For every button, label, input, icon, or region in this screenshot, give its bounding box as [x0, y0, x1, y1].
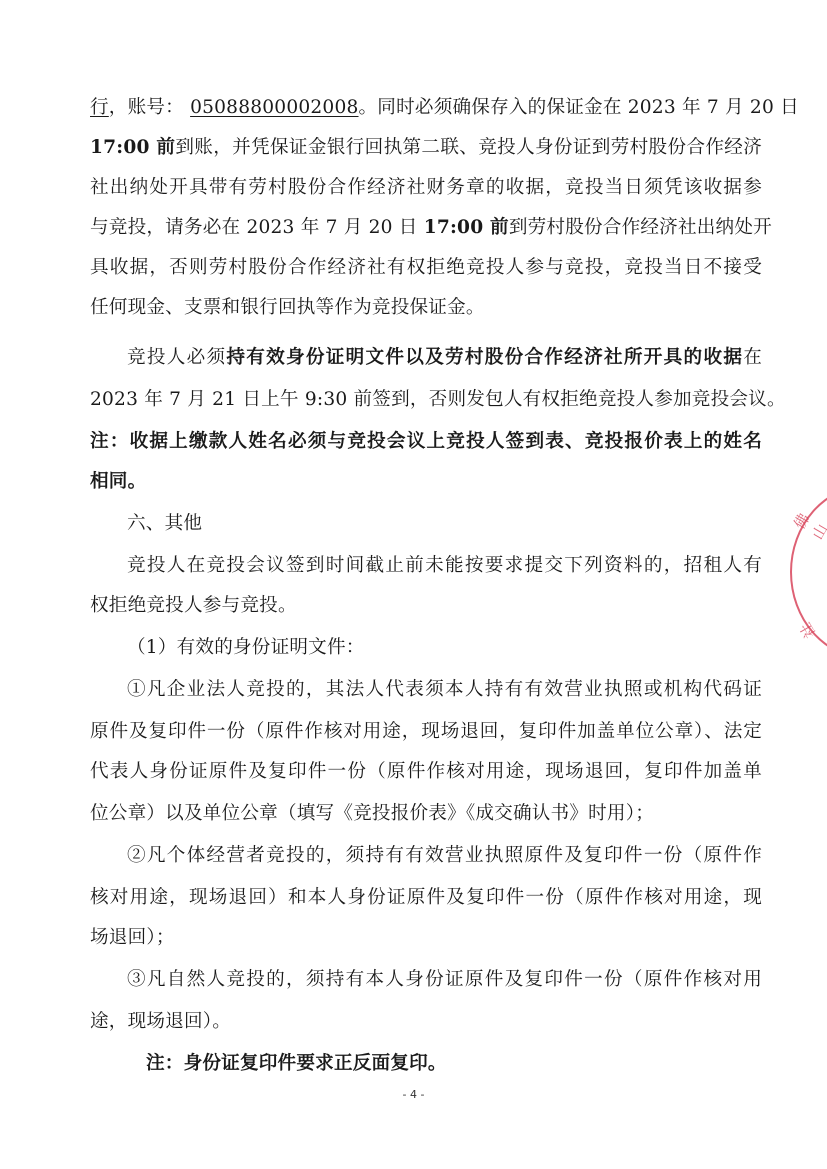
- text-segment: ①凡企业法人竞投的，其法人代表须本人持有有效营业执照或机构代码证: [127, 679, 762, 700]
- text-segment: 社出纳处开具带有劳村股份合作经济社财务章的收据，竞投当日须凭该收据参: [90, 177, 762, 198]
- list-item-start: ①凡企业法人竞投的，其法人代表须本人持有有效营业执照或机构代码证: [90, 670, 762, 710]
- note-text: 相同。: [90, 471, 146, 492]
- underlined-text: 行: [90, 97, 109, 118]
- note-line: 注：收据上缴款人姓名必须与竞投会议上竞投人签到表、竞投报价表上的姓名: [90, 422, 762, 462]
- text-segment: 与竞投，请务必在 2023 年 7 月 20 日: [90, 217, 424, 238]
- text-line: 核对用途，现场退回）和本人身份证原件及复印件一份（原件作核对用途，现: [90, 878, 762, 918]
- section-title: 六、其他: [127, 513, 202, 534]
- text-segment: 具收据，否则劳村股份合作经济社有权拒绝竞投人参与竞投，竞投当日不接受: [90, 257, 762, 278]
- text-line: 行，账号： 05088800002008。同时必须确保存入的保证金在 2023 …: [90, 88, 762, 128]
- list-title: （1）有效的身份证明文件：: [127, 637, 365, 658]
- text-segment: 权拒绝竞投人参与竞投。: [90, 595, 297, 616]
- text-segment: 竞投人必须: [127, 347, 226, 368]
- text-segment: 原件及复印件一份（原件作核对用途，现场退回，复印件加盖单位公章）、法定: [90, 721, 762, 742]
- text-line: 位公章）以及单位公章（填写《竞投报价表》《成交确认书》时用）；: [90, 794, 654, 834]
- paragraph-start: 竞投人在竞投会议签到时间截止前未能按要求提交下列资料的，招租人有: [90, 546, 762, 586]
- note-text: 注：收据上缴款人姓名必须与竞投会议上竞投人签到表、竞投报价表上的姓名: [90, 431, 762, 452]
- text-segment: 。同时必须确保存入的保证金在 2023 年 7 月 20 日: [359, 97, 799, 118]
- text-segment: ②凡个体经营者竞投的，须持有有效营业执照原件及复印件一份（原件作: [127, 845, 762, 866]
- account-number: 05088800002008: [190, 97, 358, 118]
- text-segment: 核对用途，现场退回）和本人身份证原件及复印件一份（原件作核对用途，现: [90, 887, 762, 908]
- note-text: 注：身份证复印件要求正反面复印。: [146, 1053, 447, 1074]
- text-line: 2023 年 7 月 21 日上午 9:30 前签到，否则发包人有权拒绝竞投人参…: [90, 380, 762, 420]
- text-line: 权拒绝竞投人参与竞投。: [90, 586, 297, 626]
- text-line: 场退回）；: [90, 918, 175, 958]
- section-heading: 六、其他: [90, 504, 202, 544]
- text-segment: 竞投人在竞投会议签到时间截止前未能按要求提交下列资料的，招租人有: [127, 555, 762, 576]
- text-line: 具收据，否则劳村股份合作经济社有权拒绝竞投人参与竞投，竞投当日不接受: [90, 248, 762, 288]
- text-segment: 场退回）；: [90, 927, 175, 948]
- list-item-start: ③凡自然人竞投的，须持有本人身份证原件及复印件一份（原件作核对用: [90, 960, 762, 1000]
- text-line: 任何现金、支票和银行回执等作为竞投保证金。: [90, 288, 485, 328]
- paragraph-start: 竞投人必须持有效身份证明文件以及劳村股份合作经济社所开具的收据在: [90, 338, 762, 378]
- text-line: 原件及复印件一份（原件作核对用途，现场退回，复印件加盖单位公章）、法定: [90, 712, 762, 752]
- text-segment: 位公章）以及单位公章（填写《竞投报价表》《成交确认书》时用）；: [90, 803, 654, 824]
- text-segment: 途，现场退回）。: [90, 1011, 231, 1032]
- text-segment: 2023 年 7 月 21 日上午 9:30 前签到，否则发包人有权拒绝竞投人参…: [90, 389, 786, 410]
- text-segment: 在: [743, 347, 762, 368]
- text-line: 社出纳处开具带有劳村股份合作经济社财务章的收据，竞投当日须凭该收据参: [90, 168, 762, 208]
- bold-deadline: 17:00 前: [424, 217, 509, 238]
- bold-deadline: 17:00 前: [90, 137, 175, 158]
- final-note: 注：身份证复印件要求正反面复印。: [90, 1044, 447, 1084]
- note-line: 相同。: [90, 462, 146, 502]
- text-line: 途，现场退回）。: [90, 1002, 231, 1042]
- text-segment: 任何现金、支票和银行回执等作为竞投保证金。: [90, 297, 485, 318]
- page-number: - 4 -: [0, 1088, 827, 1101]
- text-segment: ③凡自然人竞投的，须持有本人身份证原件及复印件一份（原件作核对用: [127, 969, 762, 990]
- text-line: 17:00 前到账，并凭保证金银行回执第二联、竞投人身份证到劳村股份合作经济: [90, 128, 762, 168]
- text-line: 代表人身份证原件及复印件一份（原件作核对用途，现场退回，复印件加盖单: [90, 752, 762, 792]
- text-segment: 到账，并凭保证金银行回执第二联、竞投人身份证到劳村股份合作经济: [175, 137, 762, 158]
- text-line: 与竞投，请务必在 2023 年 7 月 20 日 17:00 前到劳村股份合作经…: [90, 208, 762, 248]
- text-segment: 到劳村股份合作经济社出纳处开: [509, 217, 772, 238]
- list-heading: （1）有效的身份证明文件：: [90, 628, 365, 668]
- text-segment: ，账号：: [109, 97, 190, 118]
- bold-requirement: 持有效身份证明文件以及劳村股份合作经济社所开具的收据: [226, 347, 743, 368]
- list-item-start: ②凡个体经营者竞投的，须持有有效营业执照原件及复印件一份（原件作: [90, 836, 762, 876]
- text-segment: 代表人身份证原件及复印件一份（原件作核对用途，现场退回，复印件加盖单: [90, 761, 762, 782]
